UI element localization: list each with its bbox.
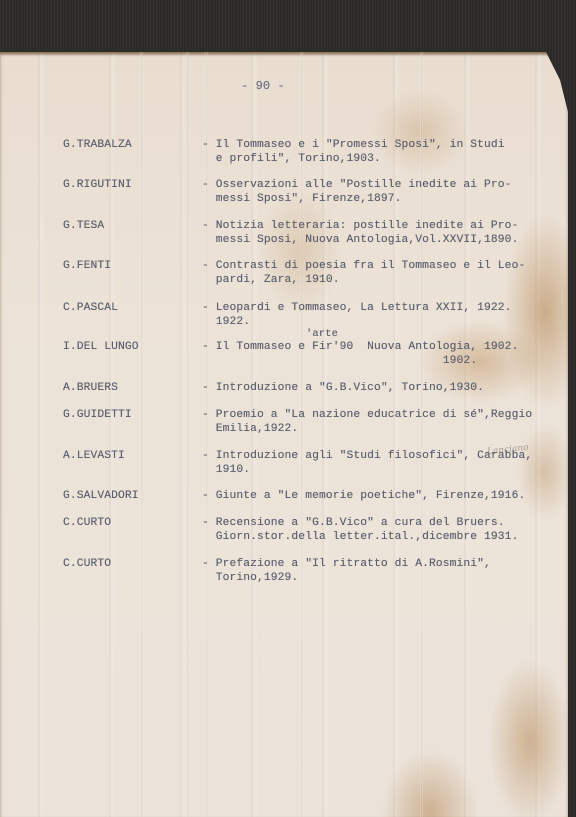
entry-author: C.CURTO — [63, 516, 111, 530]
paper-top-edge — [0, 52, 568, 56]
paper-fold — [140, 52, 143, 817]
entry-author: C.CURTO — [63, 557, 111, 571]
entry-citation-line: - Il Tommaseo e Fir'90 Nuova Antologia, … — [202, 340, 518, 354]
paper-fold — [186, 52, 189, 817]
entry-citation-line: Emilia,1922. — [202, 422, 298, 436]
paper-fold — [420, 52, 423, 817]
entry-citation-line: - Leopardi e Tommaseo, La Lettura XXII, … — [202, 301, 512, 315]
entry-citation-line: pardi, Zara, 1910. — [202, 273, 340, 287]
paper-fold — [300, 52, 303, 817]
entry-citation-line: - Introduzione agli "Studi filosofici", … — [202, 449, 532, 463]
entry-author: G.FENTI — [63, 259, 111, 273]
entry-citation-line: - Prefazione a "Il ritratto di A.Rosmini… — [202, 557, 491, 571]
entry-citation-line: - Introduzione a "G.B.Vico", Torino,1930… — [202, 381, 484, 395]
entry-citation-line: - Il Tommaseo e i "Promessi Sposi", in S… — [202, 138, 505, 152]
entry-citation-line: - Contrasti di poesia fra il Tommaseo e … — [202, 259, 525, 273]
entry-author: A.LEVASTI — [63, 449, 125, 463]
entry-author: G.RIGUTINI — [63, 178, 132, 192]
entry-author: G.TRABALZA — [63, 138, 132, 152]
typed-annotation: 'arte — [306, 327, 338, 341]
entry-citation-line: 1902. — [202, 354, 477, 368]
entry-citation-line: - Proemio a "La nazione educatrice di sé… — [202, 408, 532, 422]
entry-citation-line: Giorn.stor.della letter.ital.,dicembre 1… — [202, 530, 518, 544]
entry-citation-line: - Notizia letteraria: postille inedite a… — [202, 219, 518, 233]
entry-author: A.BRUERS — [63, 381, 118, 395]
entry-author: C.PASCAL — [63, 301, 118, 315]
entry-citation-line: messi Sposi", Firenze,1897. — [202, 192, 402, 206]
entry-citation-line: - Osservazioni alle "Postille inedite ai… — [202, 178, 512, 192]
entry-author: I.DEL LUNGO — [63, 340, 139, 354]
scan-background: - 90 - 'arte Lanciano G.TRABALZA- Il Tom… — [0, 0, 576, 817]
entry-citation-line: 1910. — [202, 463, 250, 477]
entry-citation-line: - Recensione a "G.B.Vico" a cura del Bru… — [202, 516, 505, 530]
entry-citation-line: Torino,1929. — [202, 571, 298, 585]
entry-citation-line: 1922. — [202, 315, 250, 329]
entry-author: G.SALVADORI — [63, 489, 139, 503]
entry-citation-line: e profili", Torino,1903. — [202, 152, 381, 166]
entry-author: G.TESA — [63, 219, 104, 233]
entry-author: G.GUIDETTI — [63, 408, 132, 422]
page-number: - 90 - — [241, 79, 285, 93]
entry-citation-line: messi Sposi, Nuova Antologia,Vol.XXVII,1… — [202, 233, 518, 247]
entry-citation-line: - Giunte a "Le memorie poetiche", Firenz… — [202, 489, 525, 503]
typed-page: - 90 - 'arte Lanciano G.TRABALZA- Il Tom… — [0, 52, 568, 817]
